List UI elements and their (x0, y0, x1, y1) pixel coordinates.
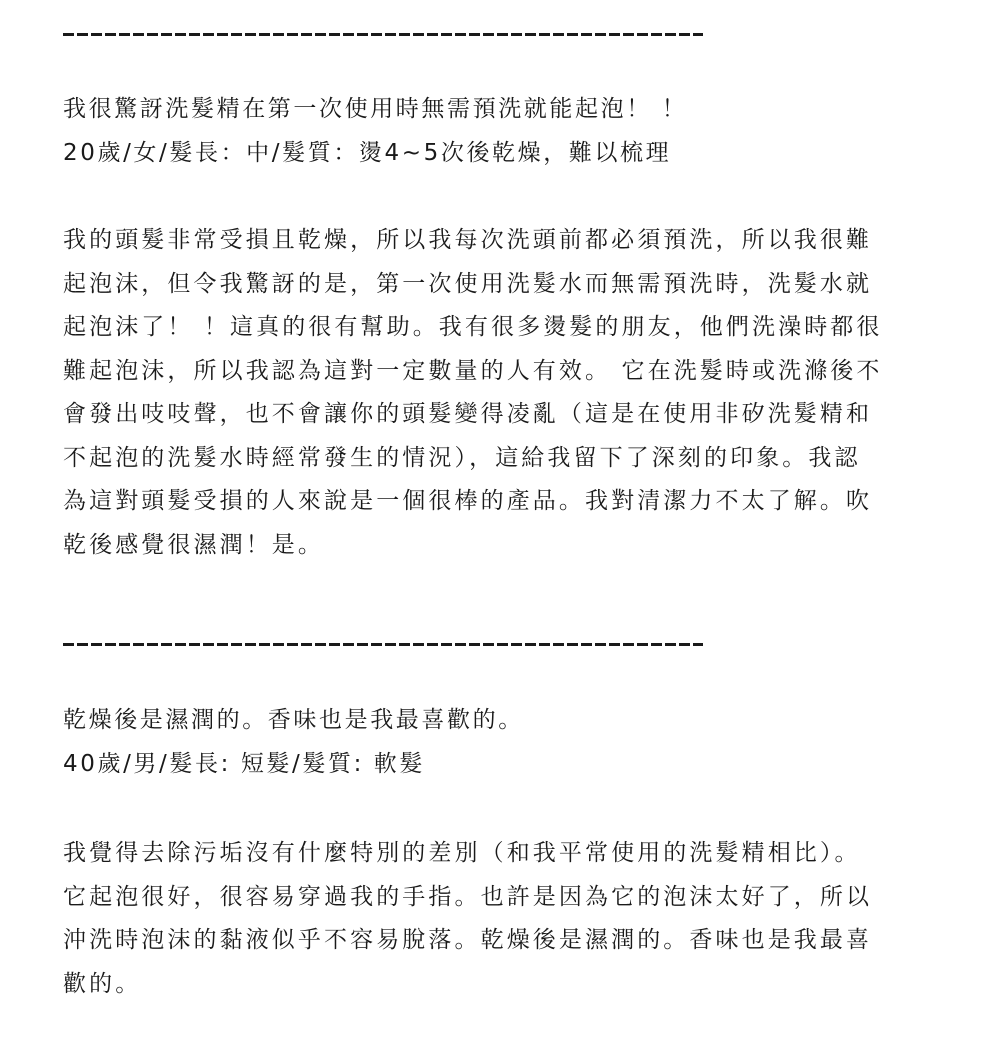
review-body-line: 我的頭髮非常受損且乾燥，所以我每次洗頭前都必須預洗，所以我很難 (63, 219, 933, 263)
section-divider (63, 643, 703, 646)
review-body-line: 沖洗時泡沫的黏液似乎不容易脫落。乾燥後是濕潤的。香味也是我最喜 (63, 919, 933, 963)
review-body-line: 難起泡沫，所以我認為這對一定數量的人有效。 它在洗髮時或洗滌後不 (63, 350, 933, 394)
review-body-line: 歡的。 (63, 963, 933, 1007)
review-body: 我覺得去除污垢沒有什麼特別的差別（和我平常使用的洗髮精相比）。 它起泡很好，很容… (63, 832, 933, 1006)
review-body-line: 乾後感覺很濕潤！是。 (63, 524, 933, 568)
review-body-line: 我覺得去除污垢沒有什麼特別的差別（和我平常使用的洗髮精相比）。 (63, 832, 933, 876)
review-body-line: 起泡沫，但令我驚訝的是，第一次使用洗髮水而無需預洗時，洗髮水就 (63, 263, 933, 307)
section-divider (63, 33, 703, 36)
reviewer-profile: 40歲/男/髮長: 短髮/髮質: 軟髮 (63, 749, 425, 779)
review-body-line: 為這對頭髮受損的人來說是一個很棒的產品。我對清潔力不太了解。吹 (63, 480, 933, 524)
review-body-line: 起泡沫了！ ！這真的很有幫助。我有很多燙髮的朋友，他們洗澡時都很 (63, 306, 933, 350)
review-body-line: 不起泡的洗髮水時經常發生的情況），這給我留下了深刻的印象。我認 (63, 437, 933, 481)
review-title: 乾燥後是濕潤的。香味也是我最喜歡的。 (63, 705, 524, 735)
reviewer-profile: 20歲/女/髮長：中/髮質：燙4~5次後乾燥，難以梳理 (63, 138, 671, 168)
review-title: 我很驚訝洗髮精在第一次使用時無需預洗就能起泡！ ！ (63, 94, 687, 124)
review-body-line: 會發出吱吱聲，也不會讓你的頭髮變得凌亂（這是在使用非矽洗髮精和 (63, 393, 933, 437)
review-body: 我的頭髮非常受損且乾燥，所以我每次洗頭前都必須預洗，所以我很難 起泡沫，但令我驚… (63, 219, 933, 567)
review-body-line: 它起泡很好，很容易穿過我的手指。也許是因為它的泡沫太好了，所以 (63, 876, 933, 920)
